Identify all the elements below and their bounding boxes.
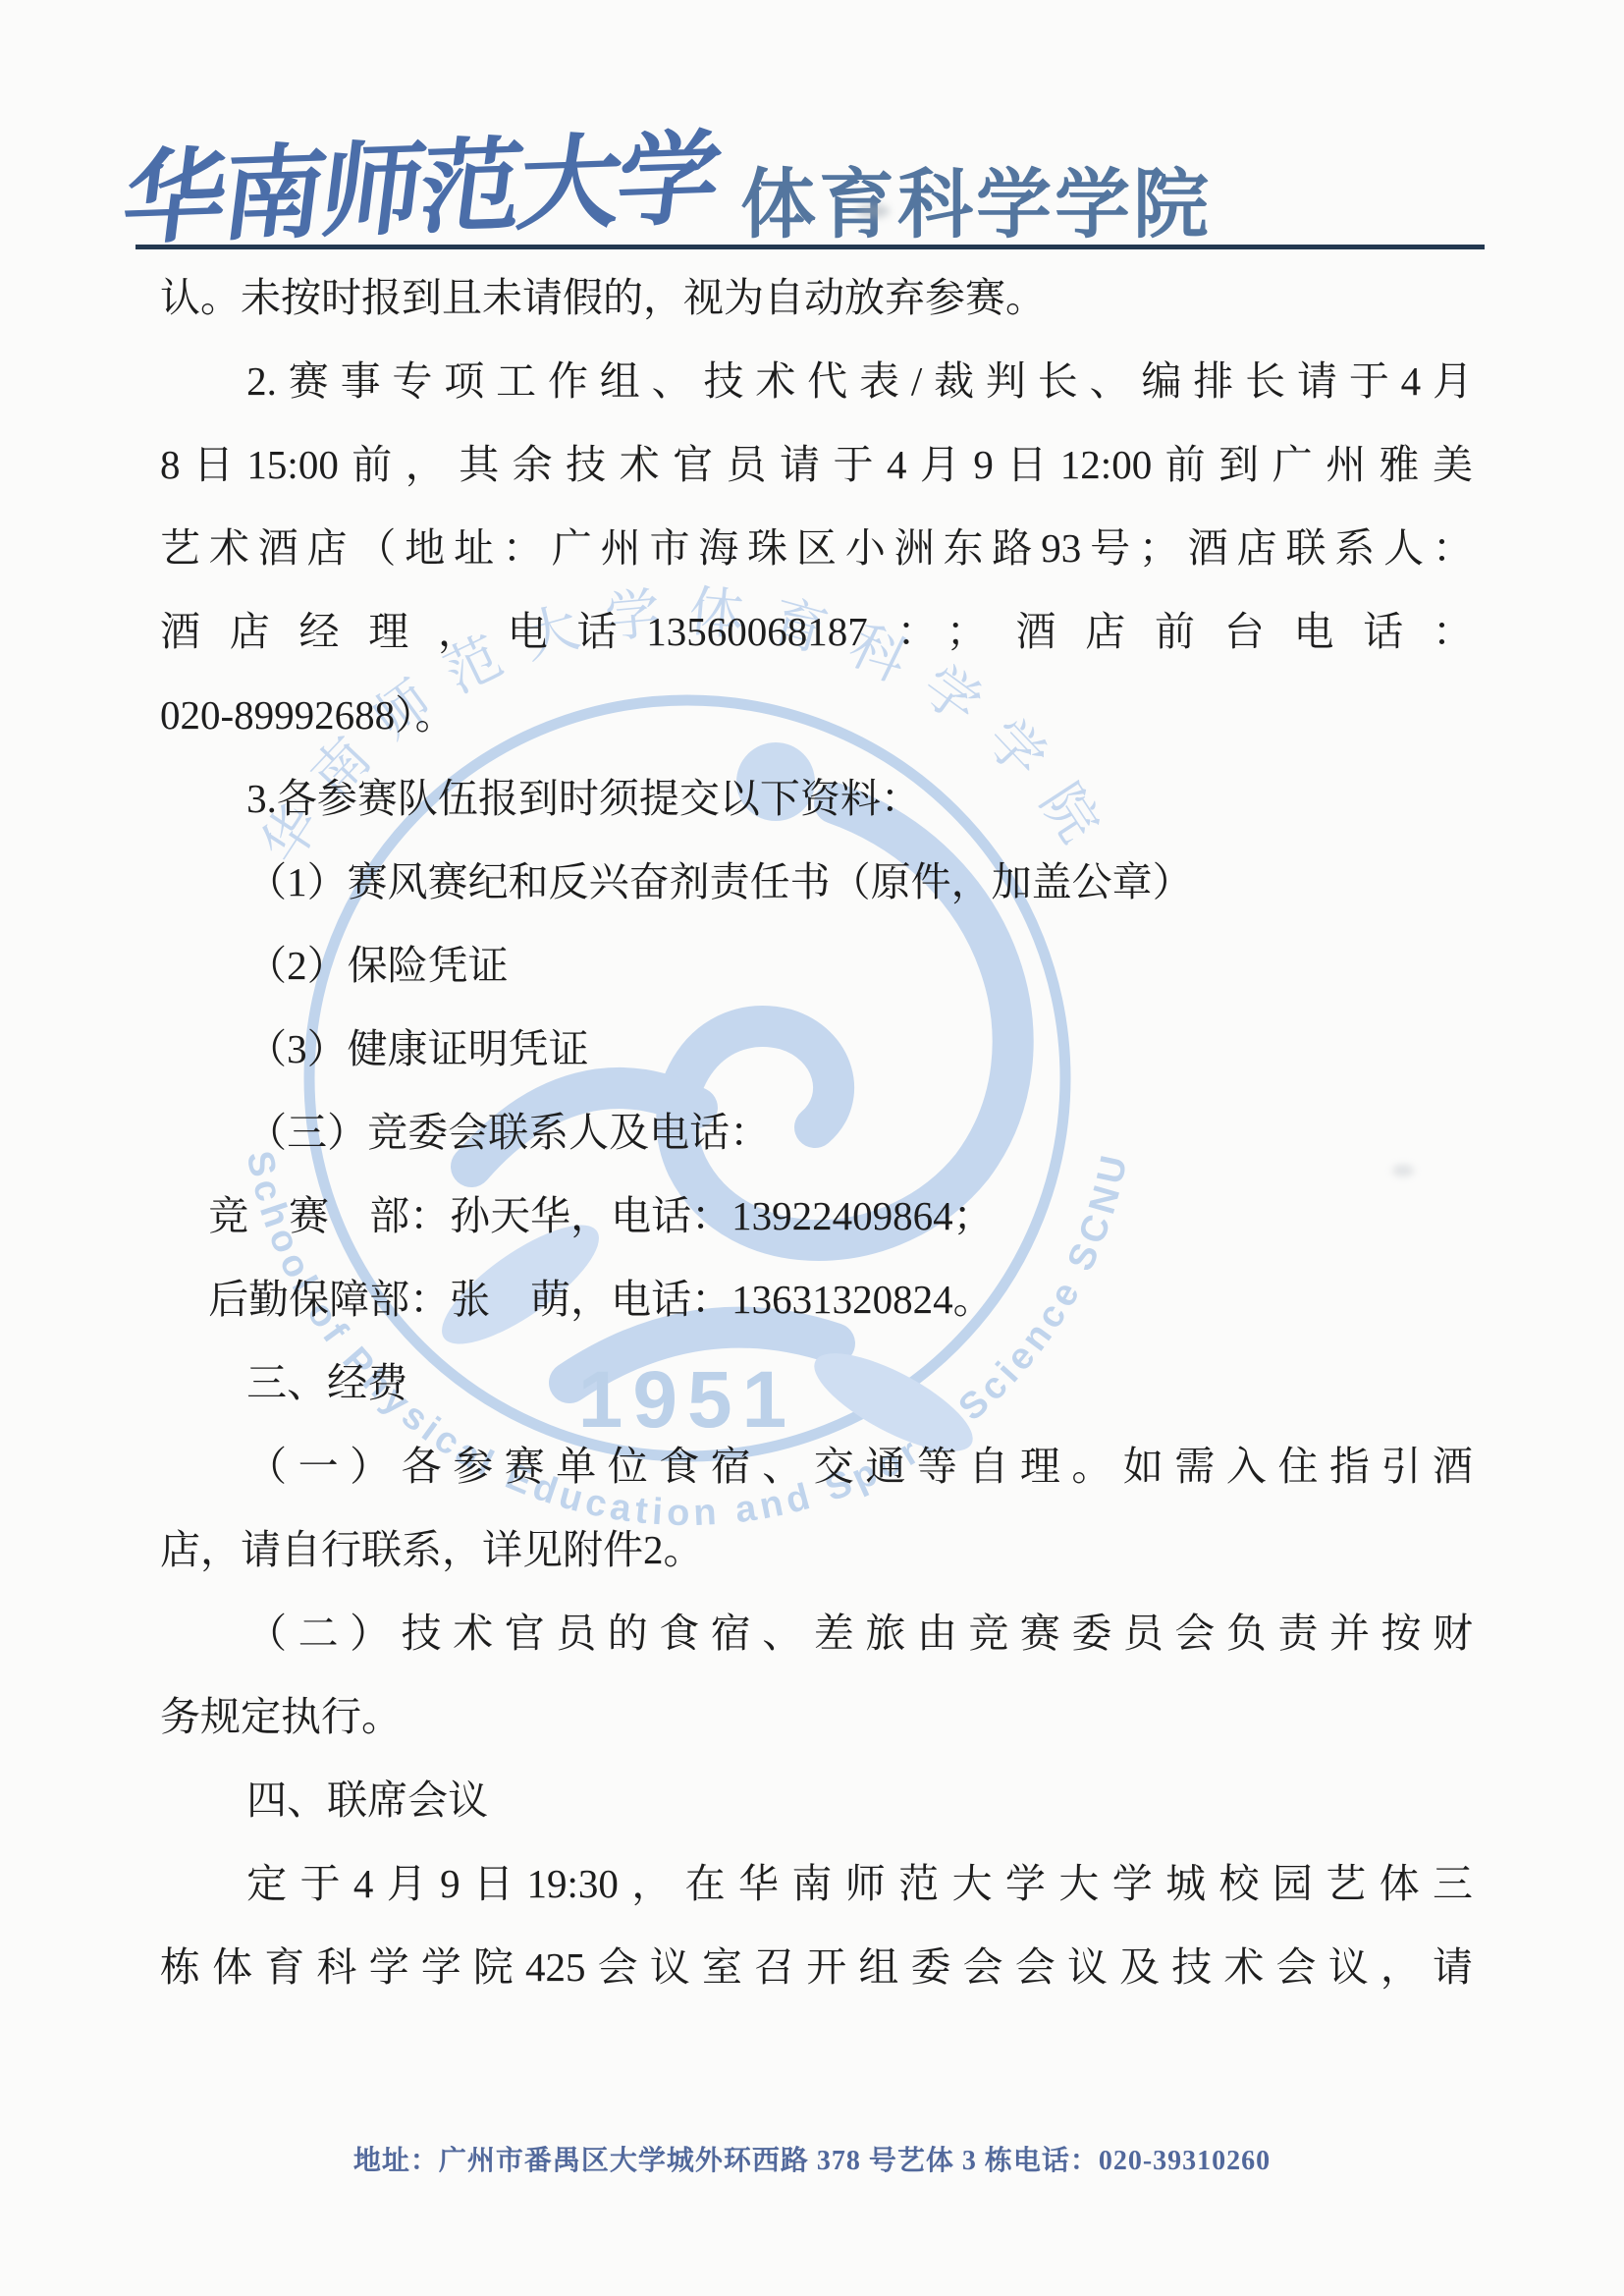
body-line: 三、经费 — [160, 1341, 1473, 1425]
letterhead-divider — [135, 245, 1485, 249]
scan-smudge — [856, 204, 890, 218]
university-calligraphy-logo: 华南师范大学 — [118, 128, 723, 250]
body-line: 2.赛事专项工作组、技术代表/裁判长、编排长请于4月 — [160, 340, 1473, 423]
department-name: 体育科学学院 — [740, 168, 1212, 244]
body-line: （3）健康证明凭证 — [160, 1008, 1473, 1091]
footer-address: 地址：广州市番禺区大学城外环西路 378 号艺体 3 栋电话：020-39310… — [0, 2139, 1624, 2178]
body-line: 竞 赛 部：孙天华，电话：13922409864； — [160, 1175, 1473, 1258]
body-line: （1）赛风赛纪和反兴奋剂责任书（原件，加盖公章） — [160, 841, 1473, 924]
body-line: 020-89992688）。 — [160, 674, 1473, 757]
body-line: 酒店经理，电话13560068187：；酒店前台电话： — [160, 590, 1473, 674]
body-line: 定于4月9日19:30，在华南师范大学大学城校园艺体三 — [160, 1842, 1473, 1926]
body-line: （二）技术官员的食宿、差旅由竞赛委员会负责并按财 — [160, 1592, 1473, 1675]
body-line: 后勤保障部：张 萌，电话：13631320824。 — [160, 1258, 1473, 1341]
body-line: 认。未按时报到且未请假的，视为自动放弃参赛。 — [160, 256, 1473, 340]
document-body: 认。未按时报到且未请假的，视为自动放弃参赛。 2.赛事专项工作组、技术代表/裁判… — [160, 256, 1473, 2009]
body-line: （一）各参赛单位食宿、交通等自理。如需入住指引酒 — [160, 1425, 1473, 1508]
scanned-document-page: 华南师范大学 体育科学学院 华南师范大学体育科学学院 School of Phy… — [0, 0, 1624, 2296]
body-line: 务规定执行。 — [160, 1675, 1473, 1759]
body-line: 8日15:00前，其余技术官员请于4月9日12:00前到广州雅美 — [160, 423, 1473, 507]
body-line: （三）竞委会联系人及电话： — [160, 1091, 1473, 1175]
body-line: （2）保险凭证 — [160, 924, 1473, 1008]
body-line: 栋体育科学学院425会议室召开组委会会议及技术会议，请 — [160, 1926, 1473, 2009]
body-line: 店，请自行联系，详见附件2。 — [160, 1508, 1473, 1592]
body-line: 艺术酒店（地址：广州市海珠区小洲东路93号；酒店联系人： — [160, 507, 1473, 590]
body-line: 3.各参赛队伍报到时须提交以下资料： — [160, 757, 1473, 841]
letterhead: 华南师范大学 体育科学学院 — [126, 57, 1490, 246]
body-line: 四、联席会议 — [160, 1759, 1473, 1842]
